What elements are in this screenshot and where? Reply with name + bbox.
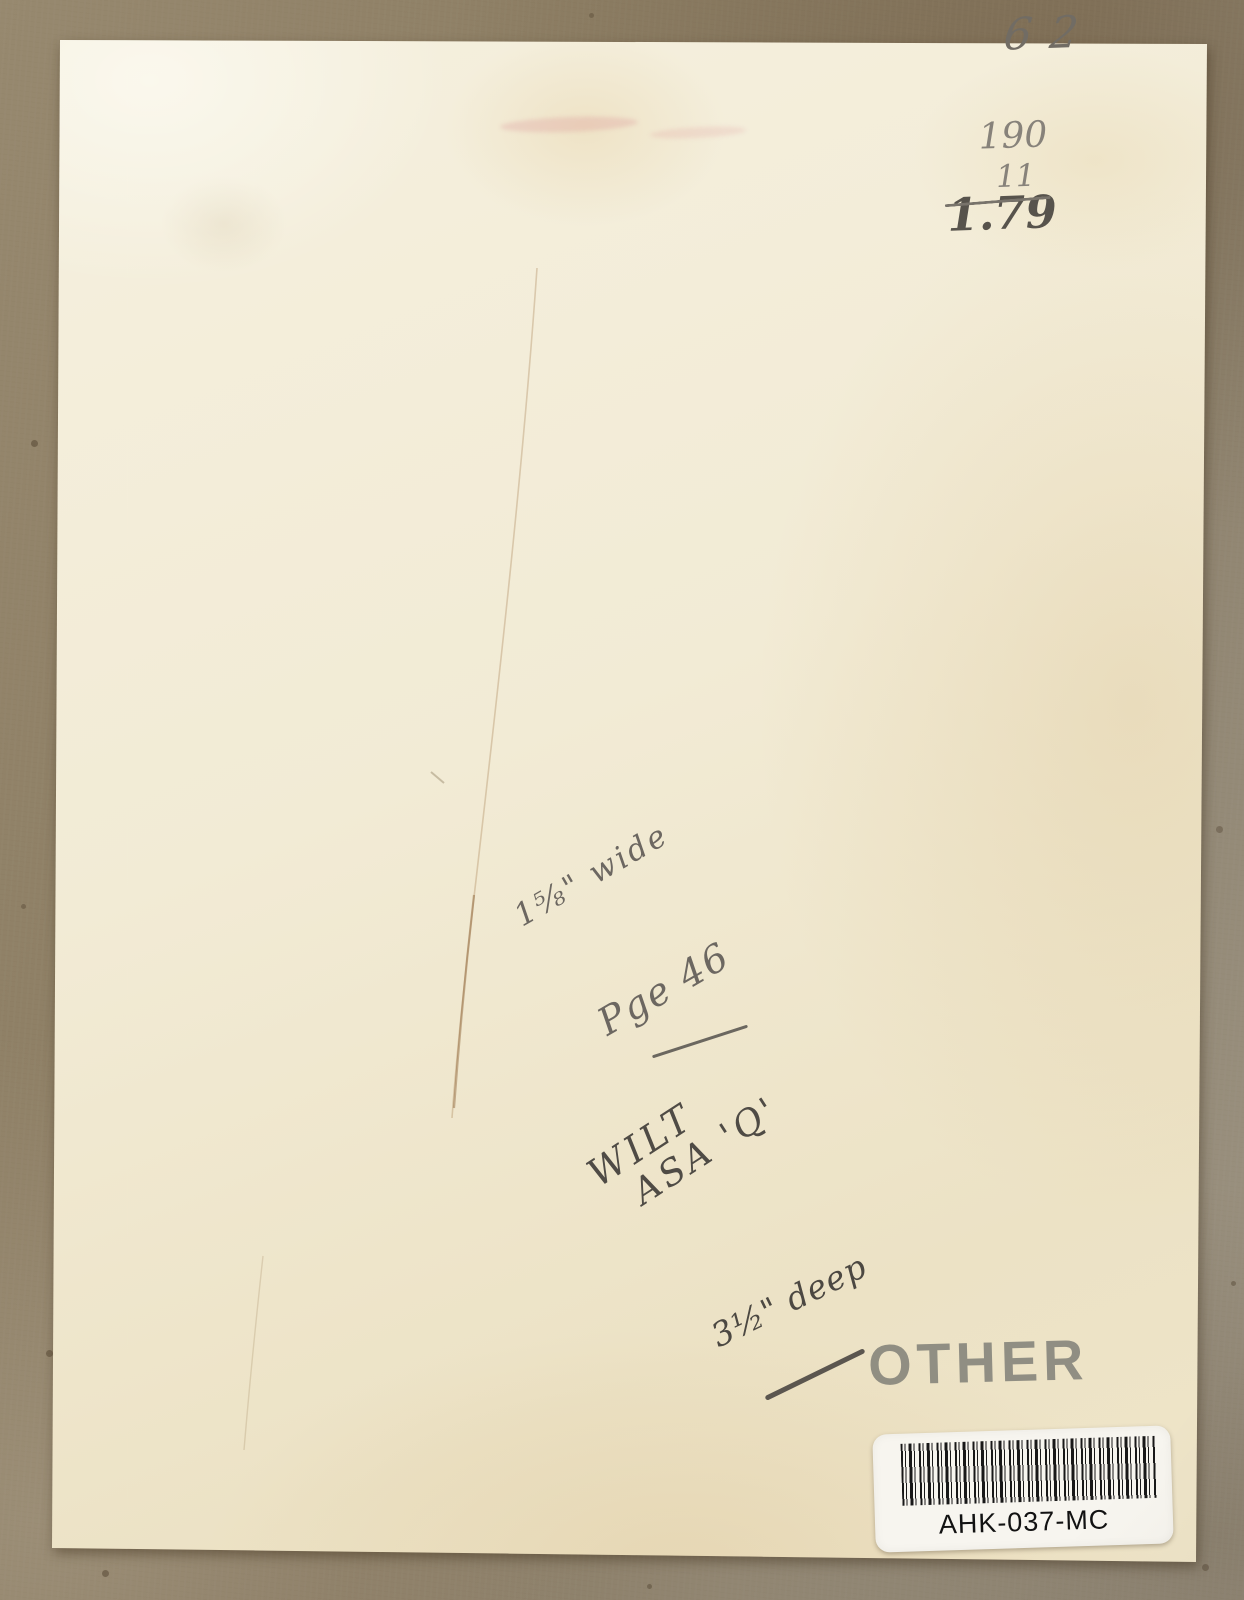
barcode-code: AHK-037-MC: [875, 1502, 1174, 1542]
division-dividend: 190: [938, 114, 1057, 159]
pencil-division: 190 11 1.79: [938, 114, 1060, 242]
division-result: 1.79: [940, 185, 1060, 242]
barcode-sticker: AHK-037-MC: [872, 1425, 1174, 1552]
pencil-corner-number: 62: [1001, 6, 1098, 60]
other-stamp: OTHER: [867, 1327, 1089, 1399]
barcode-icon: [901, 1436, 1158, 1506]
photo-back-scene: 62 190 11 1.79 1⅝" wide Pge 46 WILT ASA …: [0, 0, 1244, 1600]
